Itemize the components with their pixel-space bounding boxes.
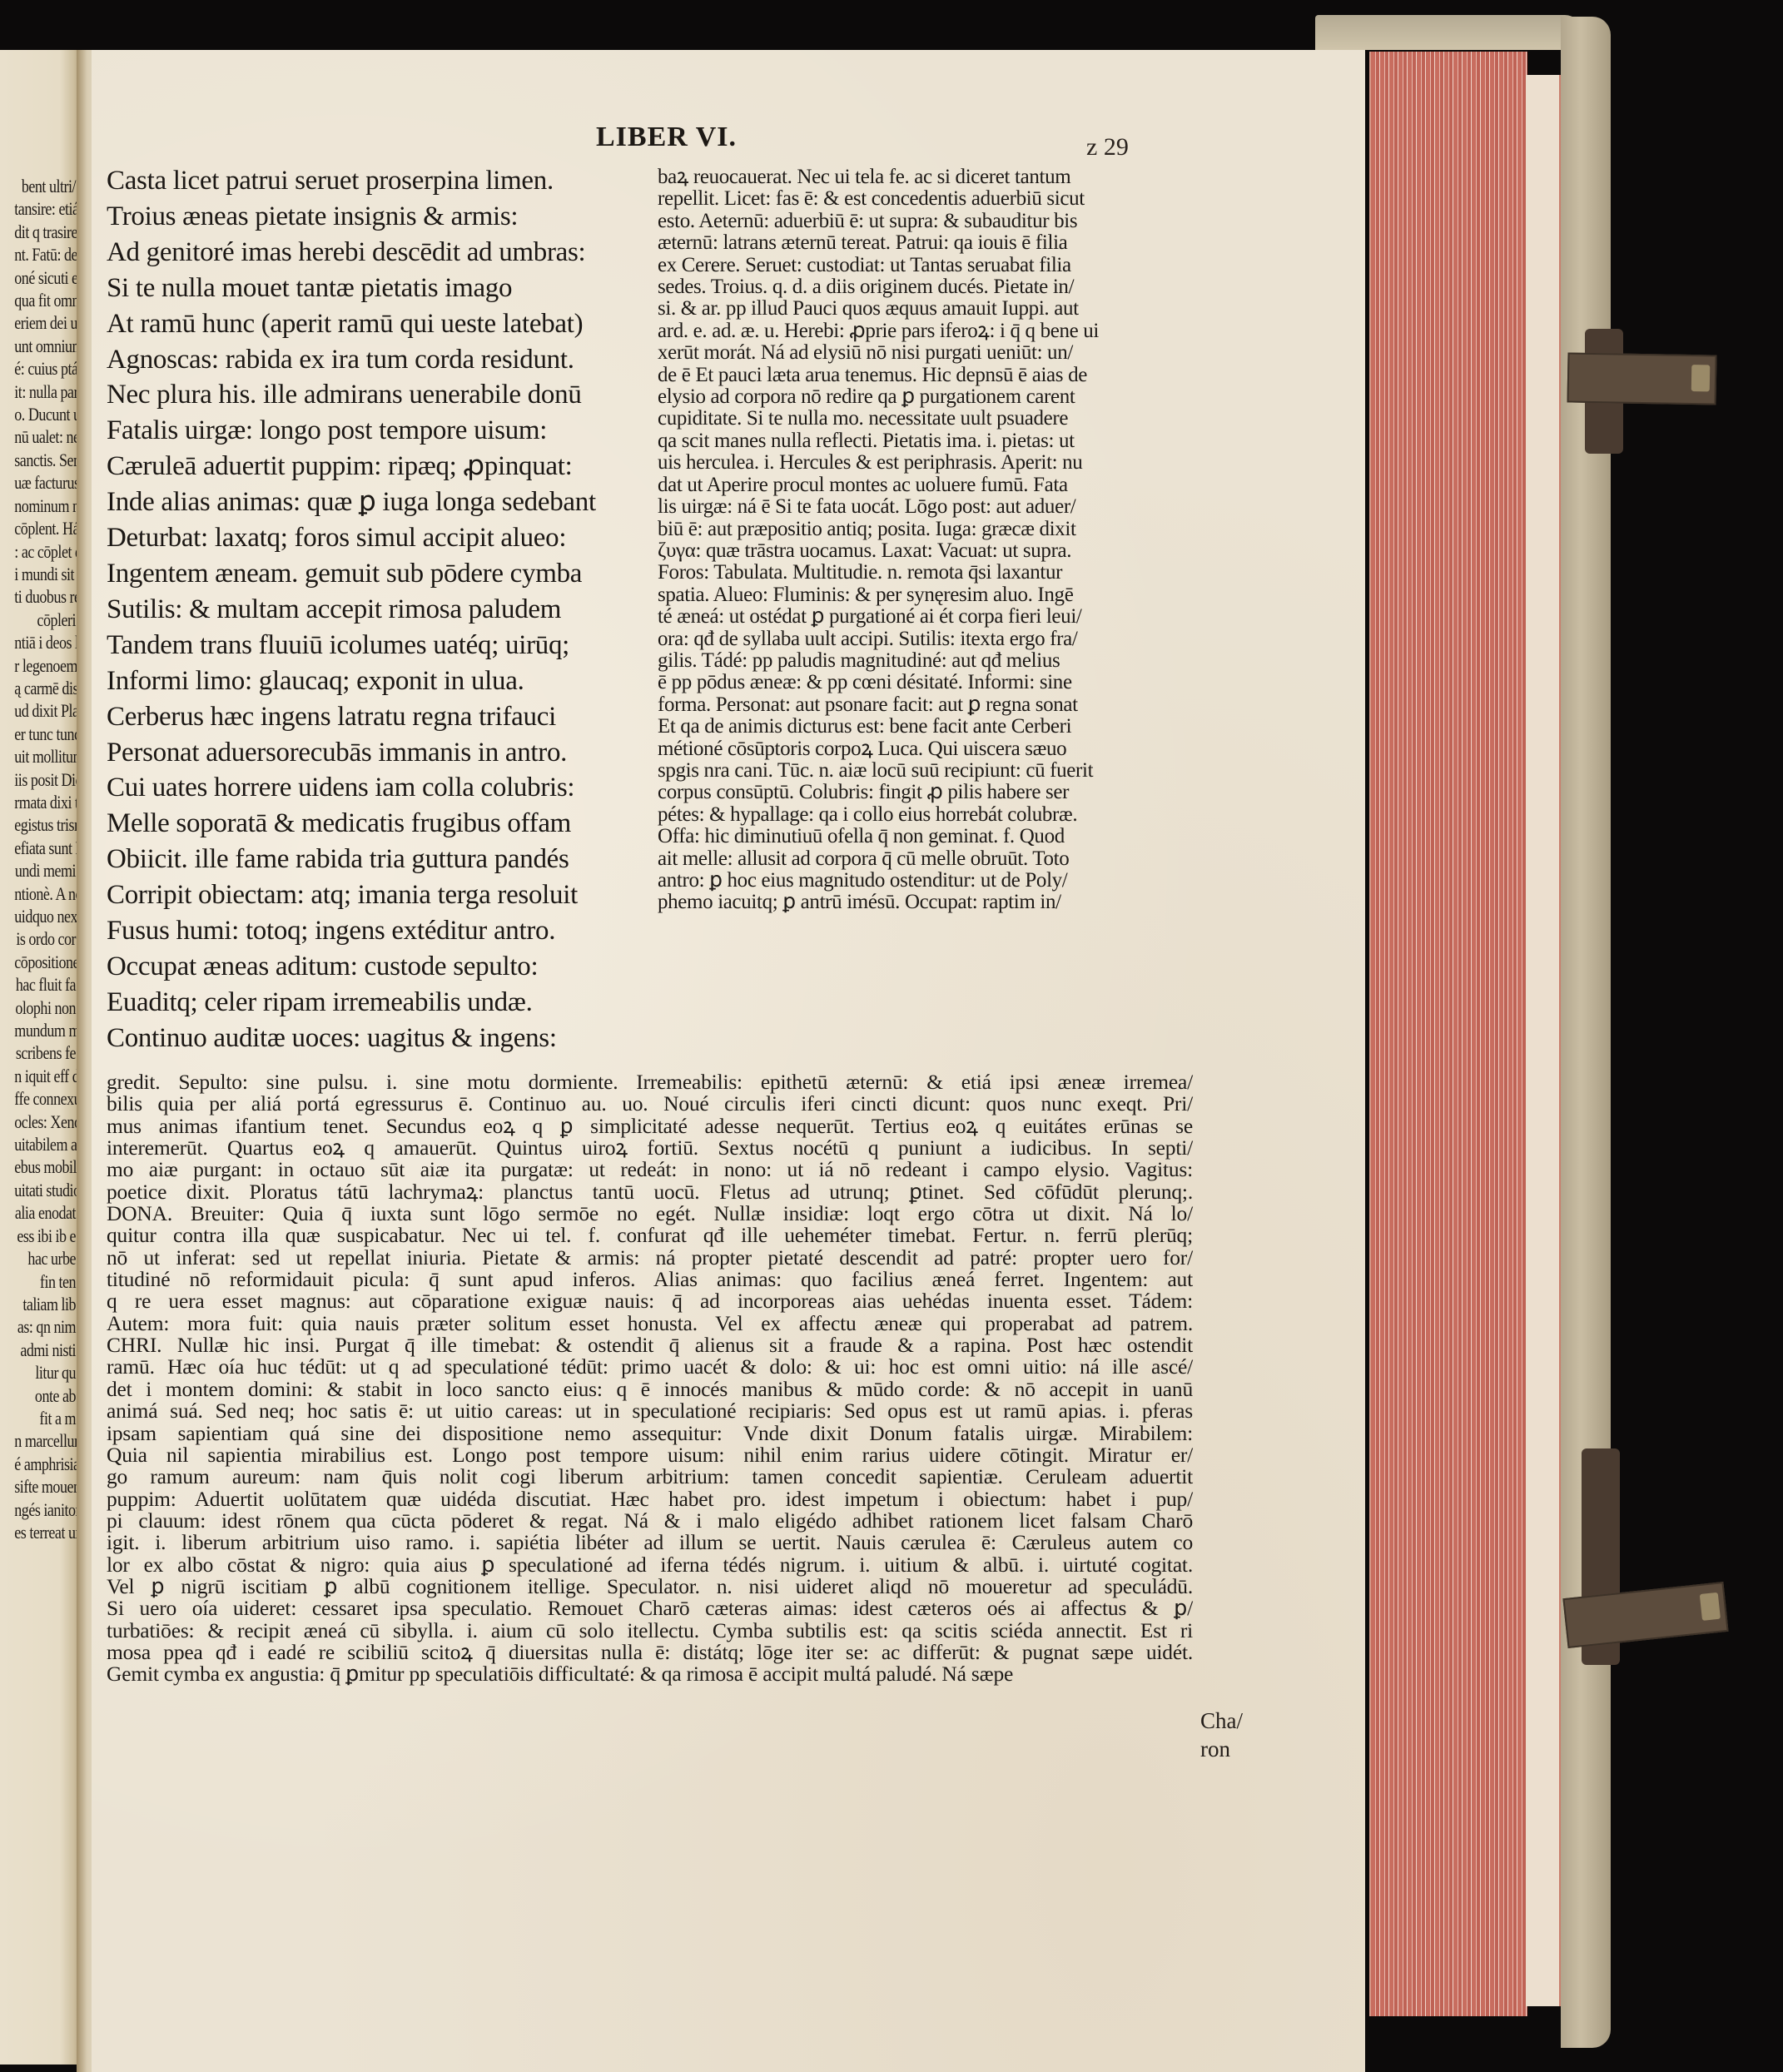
text-line: ti duobus re — [14, 585, 80, 608]
text-line: Si te nulla mouet tantæ pietatis imago — [107, 271, 639, 306]
text-line: sifte mouent — [14, 1475, 80, 1498]
text-line: Offa: hic diminutiuū ofella q̄ non gemin… — [658, 826, 1190, 847]
text-line: baꝝ reuocauerat. Nec ui tela fe. ac si d… — [658, 166, 1190, 188]
text-line: Melle soporatā & medicatis frugibus offa… — [107, 806, 639, 842]
text-line: o. Ducunt uo/ — [14, 403, 80, 425]
text-line: nō ut inferat: sed ut repellat iniuria. … — [107, 1247, 1193, 1269]
text-line: spatia. Alueo: Fluminis: & per synęresim… — [658, 584, 1190, 606]
text-line: uit mollitum fa — [14, 745, 80, 768]
text-line: poetice dixit. Ploratus tátū lachrymaꝝ: … — [107, 1181, 1193, 1203]
text-line: quitur contra illa quæ suspicabatur. Nec… — [107, 1225, 1193, 1246]
text-line: unt omnium — [14, 335, 80, 357]
text-line: é: cuius ptás p — [14, 357, 80, 380]
page-edge-strip — [1526, 75, 1561, 2006]
text-line: : ac cōplet eá — [14, 540, 80, 563]
text-line: uis herculea. i. Hercules & est periphra… — [658, 452, 1190, 474]
text-line: si. & ar. pp illud Pauci quos æquus amau… — [658, 298, 1190, 320]
text-line: ocles: Xenoph — [14, 1111, 80, 1133]
text-line: qa scit manes nulla reflecti. Pietatis i… — [658, 430, 1190, 452]
text-line: ud dixit Plato — [14, 699, 80, 722]
clasp-top-icon — [1567, 352, 1716, 405]
text-line: efiata sunt Fons — [14, 837, 80, 859]
text-line: Et qa de animis dicturus est: bene facit… — [658, 716, 1190, 738]
text-line: xerūt morát. Ná ad elysiū nō nisi purgat… — [658, 342, 1190, 364]
text-line: animá suá. Sed neq; hoc satis ē: ut uiti… — [107, 1400, 1193, 1422]
binding-top — [1315, 15, 1582, 50]
text-line: Si uero oía uideret: cessaret ipsa specu… — [107, 1597, 1193, 1619]
text-line: ait melle: allusit ad corpora q̄ cū mell… — [658, 848, 1190, 870]
text-line: spgis nra cani. Tūc. n. aiæ locū suū rec… — [658, 760, 1190, 782]
text-line: Quia nil sapientia mirabilius est. Longo… — [107, 1444, 1193, 1466]
text-line: nū ualet: nec ne — [14, 425, 80, 448]
text-line: hac fluit fa — [14, 973, 80, 996]
text-line: Casta licet patrui seruet proserpina lim… — [107, 163, 639, 199]
text-line: Cerberus hæc ingens latratu regna trifau… — [107, 699, 639, 735]
text-line: Corripit obiectam: atq; imania terga res… — [107, 877, 639, 913]
text-line: uidquo nexa dd — [14, 905, 80, 927]
text-line: interemerūt. Quartus eoꝝ q amauerūt. Qui… — [107, 1137, 1193, 1159]
verse-text-block: Casta licet patrui seruet proserpina lim… — [107, 163, 639, 1056]
text-line: ζυγα: quæ trāstra uocamus. Laxat: Vacuat… — [658, 540, 1190, 562]
text-line: taliam lib — [14, 1293, 80, 1315]
text-line: qua fit omne — [14, 289, 80, 311]
text-line: bilis quia per aliá portá egressurus ē. … — [107, 1093, 1193, 1115]
text-line: dat ut Aperire procul montes ac uoluere … — [658, 475, 1190, 496]
text-line: Sutilis: & multam accepit rimosa paludem — [107, 592, 639, 628]
text-line: sedes. Troius. q. d. a diis originem duc… — [658, 276, 1190, 298]
fore-edge-red — [1369, 52, 1527, 2016]
text-line: titudiné nō reformidauit picula: q̄ sunt… — [107, 1269, 1193, 1290]
text-line: antro: ꝑ hoc eius magnitudo ostenditur: … — [658, 870, 1190, 892]
text-line: det i montem domini: & stabit in loco sa… — [107, 1379, 1193, 1400]
text-line: Autem: mora fuit: quia nauis præter soli… — [107, 1313, 1193, 1334]
text-line: n marcellum — [14, 1429, 80, 1452]
text-line: corpus consūptū. Colubris: fingit ꝓ pili… — [658, 782, 1190, 803]
text-line: uæ facturus est. — [14, 471, 80, 494]
text-line: ard. e. ad. æ. u. Herebi: ꝓprie pars ife… — [658, 320, 1190, 342]
text-line: undi memi — [14, 859, 80, 882]
left-page-text: bent ultri/tansire: etiádit q trasirent.… — [0, 175, 80, 1543]
marginal-note-line: ron — [1200, 1735, 1243, 1763]
text-line: Obiicit. ille fame rabida tria guttura p… — [107, 842, 639, 877]
text-line: gredit. Sepulto: sine pulsu. i. sine mot… — [107, 1071, 1193, 1093]
text-line: té æneá: ut ostédat ꝑ purgationé ai ét c… — [658, 606, 1190, 628]
text-line: CHRI. Nullæ hic insi. Purgat q̄ ille tim… — [107, 1334, 1193, 1356]
text-line: ipsam sapientiam quá sine dei dispositio… — [107, 1423, 1193, 1444]
marginal-note: Cha/ ron — [1200, 1707, 1243, 1763]
text-line: cōpositione — [14, 951, 80, 973]
text-line: ramū. Hæc oía huc tédūt: ut q ad specula… — [107, 1356, 1193, 1378]
text-line: æternū: latrans æternū tereat. Patrui: q… — [658, 232, 1190, 254]
text-line: At ramū hunc (aperit ramū qui ueste late… — [107, 306, 639, 342]
text-line: nt. Fatū: de — [14, 243, 80, 266]
text-line: Informi limo: glaucaq; exponit in ulua. — [107, 663, 639, 699]
text-line: forma. Personat: aut psonare facit: aut … — [658, 694, 1190, 716]
text-line: elysio ad corpora nō redire qa ꝑ purgati… — [658, 386, 1190, 408]
text-line: mus animas ifantium tenet. Secundus eoꝝ … — [107, 1116, 1193, 1137]
text-line: admi nisti — [14, 1339, 80, 1361]
text-line: Continuo auditæ uoces: uagitus & ingens: — [107, 1021, 639, 1056]
text-line: scribens fe — [14, 1041, 80, 1064]
text-line: fin ten — [14, 1270, 80, 1293]
text-line: Cui uates horrere uidens iam colla colub… — [107, 770, 639, 806]
text-line: mosa ppea qđ i eadé re scibiliū scitoꝝ q… — [107, 1642, 1193, 1663]
text-line: olophi non — [14, 996, 80, 1019]
running-head: LIBER VI. — [596, 122, 737, 153]
text-line: Cæruleā aduertit puppim: ripæq; ꝓpinquat… — [107, 449, 639, 484]
text-line: dit q trasire — [14, 221, 80, 243]
text-line: ntiā i deos le — [14, 631, 80, 653]
text-line: tansire: etiá — [14, 197, 80, 220]
text-line: es terreat umbr — [14, 1521, 80, 1543]
text-line: egistus trismi — [14, 813, 80, 836]
text-line: i mundi sit & — [14, 563, 80, 585]
text-line: pi clauum: idest rōnem qua cūcta pōderet… — [107, 1510, 1193, 1532]
text-line: Occupat æneas aditum: custode sepulto: — [107, 949, 639, 985]
text-line: go ramum aureum: nam q̄uis nolit cogi li… — [107, 1466, 1193, 1488]
text-line: Vel ꝑ nigrū iscitiam ꝑ albū cognitionem … — [107, 1576, 1193, 1597]
text-line: cōplent. Hác at — [14, 517, 80, 539]
text-line: as: qn nim — [14, 1315, 80, 1338]
text-line: ffe connexum — [14, 1087, 80, 1110]
text-line: Agnoscas: rabida ex ira tum corda residu… — [107, 342, 639, 378]
text-line: cōpleri — [14, 609, 80, 631]
text-line: ora: qđ de syllaba uult accipi. Sutilis:… — [658, 629, 1190, 650]
text-line: n iquit eff dem — [14, 1065, 80, 1087]
text-line: Ingentem æneam. gemuit sub pōdere cymba — [107, 556, 639, 592]
text-line: Tandem trans fluuiū icolumes uatéq; uirū… — [107, 628, 639, 663]
text-line: q re uera esset magnus: aut cōparatione … — [107, 1290, 1193, 1312]
text-line: gilis. Tádé: pp paludis magnitudiné: aut… — [658, 650, 1190, 672]
text-line: mo aiæ purgant: in octauo sūt aiæ ita pu… — [107, 1159, 1193, 1180]
text-line: onte ab — [14, 1384, 80, 1407]
binding-edge — [1561, 17, 1611, 2048]
text-line: iis posit Dione — [14, 768, 80, 791]
text-line: pétes: & hypallage: qa i collo eius horr… — [658, 804, 1190, 826]
text-line: ex Cerere. Seruet: custodiat: ut Tantas … — [658, 255, 1190, 276]
text-line: rmata dixi tiuq — [14, 791, 80, 813]
book-scan: bent ultri/tansire: etiádit q trasirent.… — [0, 0, 1783, 2072]
text-line: biū ē: aut præpositio antiq; posita. Iug… — [658, 519, 1190, 540]
left-page: bent ultri/tansire: etiádit q trasirent.… — [0, 50, 80, 2065]
text-line: cupiditate. Si te nulla mo. necessitate … — [658, 408, 1190, 430]
text-line: uitabilem ac — [14, 1133, 80, 1155]
text-line: fit a m — [14, 1407, 80, 1429]
text-line: bent ultri/ — [14, 175, 80, 197]
text-line: é amphrisia — [14, 1453, 80, 1475]
text-line: lis uirgæ: ná ē Si te fata uocát. Lōgo p… — [658, 496, 1190, 518]
text-line: ngés ianitor — [14, 1498, 80, 1521]
commentary-full-width: gredit. Sepulto: sine pulsu. i. sine mot… — [107, 1071, 1193, 1686]
text-line: r legenoemitti — [14, 654, 80, 677]
text-line: nominum nolu — [14, 494, 80, 517]
text-line: phemo iacuitq; ꝑ antrū imésū. Occupat: r… — [658, 892, 1190, 913]
folio-number: z 29 — [1086, 133, 1129, 161]
text-line: Inde alias animas: quæ ꝑ iuga longa sede… — [107, 484, 639, 520]
text-line: ē pp pōdus æneæ: & pp cœni désitaté. Inf… — [658, 672, 1190, 693]
text-line: Fatalis uirgæ: longo post tempore uisum: — [107, 413, 639, 449]
text-line: puppim: Aduertit uolūtatem quæ uidéda di… — [107, 1488, 1193, 1510]
text-line: Foros: Tabulata. Multitudie. n. remota q… — [658, 562, 1190, 584]
text-line: sanctis. Semel — [14, 449, 80, 471]
text-line: ntionè. A nostri — [14, 882, 80, 905]
text-line: DONA. Breuiter: Quia q̄ iuxta sunt lōgo … — [107, 1203, 1193, 1225]
text-line: Euaditq; celer ripam irremeabilis undæ. — [107, 985, 639, 1021]
text-line: Fusus humi: totoq; ingens extéditur antr… — [107, 913, 639, 949]
text-line: ess ibi ib e — [14, 1225, 80, 1247]
text-line: litur qu — [14, 1361, 80, 1384]
text-line: turbatiōes: & recipit æneá cū sibylla. i… — [107, 1620, 1193, 1642]
text-line: repellit. Licet: fas ē: & est concedenti… — [658, 188, 1190, 210]
text-line: er tunc tunc fami — [14, 723, 80, 745]
text-line: métioné cōsūptoris corpoꝝ Luca. Qui uisc… — [658, 738, 1190, 760]
text-line: it: nulla paren — [14, 380, 80, 403]
text-line: igit. i. liberum arbitrium uiso ramo. i.… — [107, 1532, 1193, 1553]
text-line: Gemit cymba ex angustia: q̄ ꝑmitur pp sp… — [107, 1663, 1193, 1685]
text-line: oné sicuti est — [14, 266, 80, 289]
text-line: lor ex albo cōstat & nigro: quia aius ꝑ … — [107, 1554, 1193, 1576]
text-line: mundum m — [14, 1019, 80, 1041]
commentary-column: baꝝ reuocauerat. Nec ui tela fe. ac si d… — [658, 166, 1190, 914]
text-line: is ordo cor — [14, 927, 80, 950]
text-line: Troius æneas pietate insignis & armis: — [107, 199, 639, 235]
text-line: ą carmē dis ani — [14, 677, 80, 699]
text-line: Ad genitoré imas herebi descēdit ad umbr… — [107, 235, 639, 271]
text-line: Nec plura his. ille admirans uenerabile … — [107, 377, 639, 413]
text-line: ebus mobilius — [14, 1155, 80, 1178]
text-line: de ē Et pauci læta arua tenemus. Hic dep… — [658, 365, 1190, 386]
text-line: hac urbe — [14, 1247, 80, 1270]
marginal-note-line: Cha/ — [1200, 1707, 1243, 1735]
text-line: Deturbat: laxatq; foros simul accipit al… — [107, 520, 639, 556]
text-line: esto. Aeternū: aduerbiū ē: ut supra: & s… — [658, 211, 1190, 232]
text-line: alia enodat — [14, 1201, 80, 1224]
text-line: uitati studio — [14, 1179, 80, 1201]
text-line: Personat aduersorecubās immanis in antro… — [107, 735, 639, 771]
text-line: eriem dei uo/ — [14, 311, 80, 334]
